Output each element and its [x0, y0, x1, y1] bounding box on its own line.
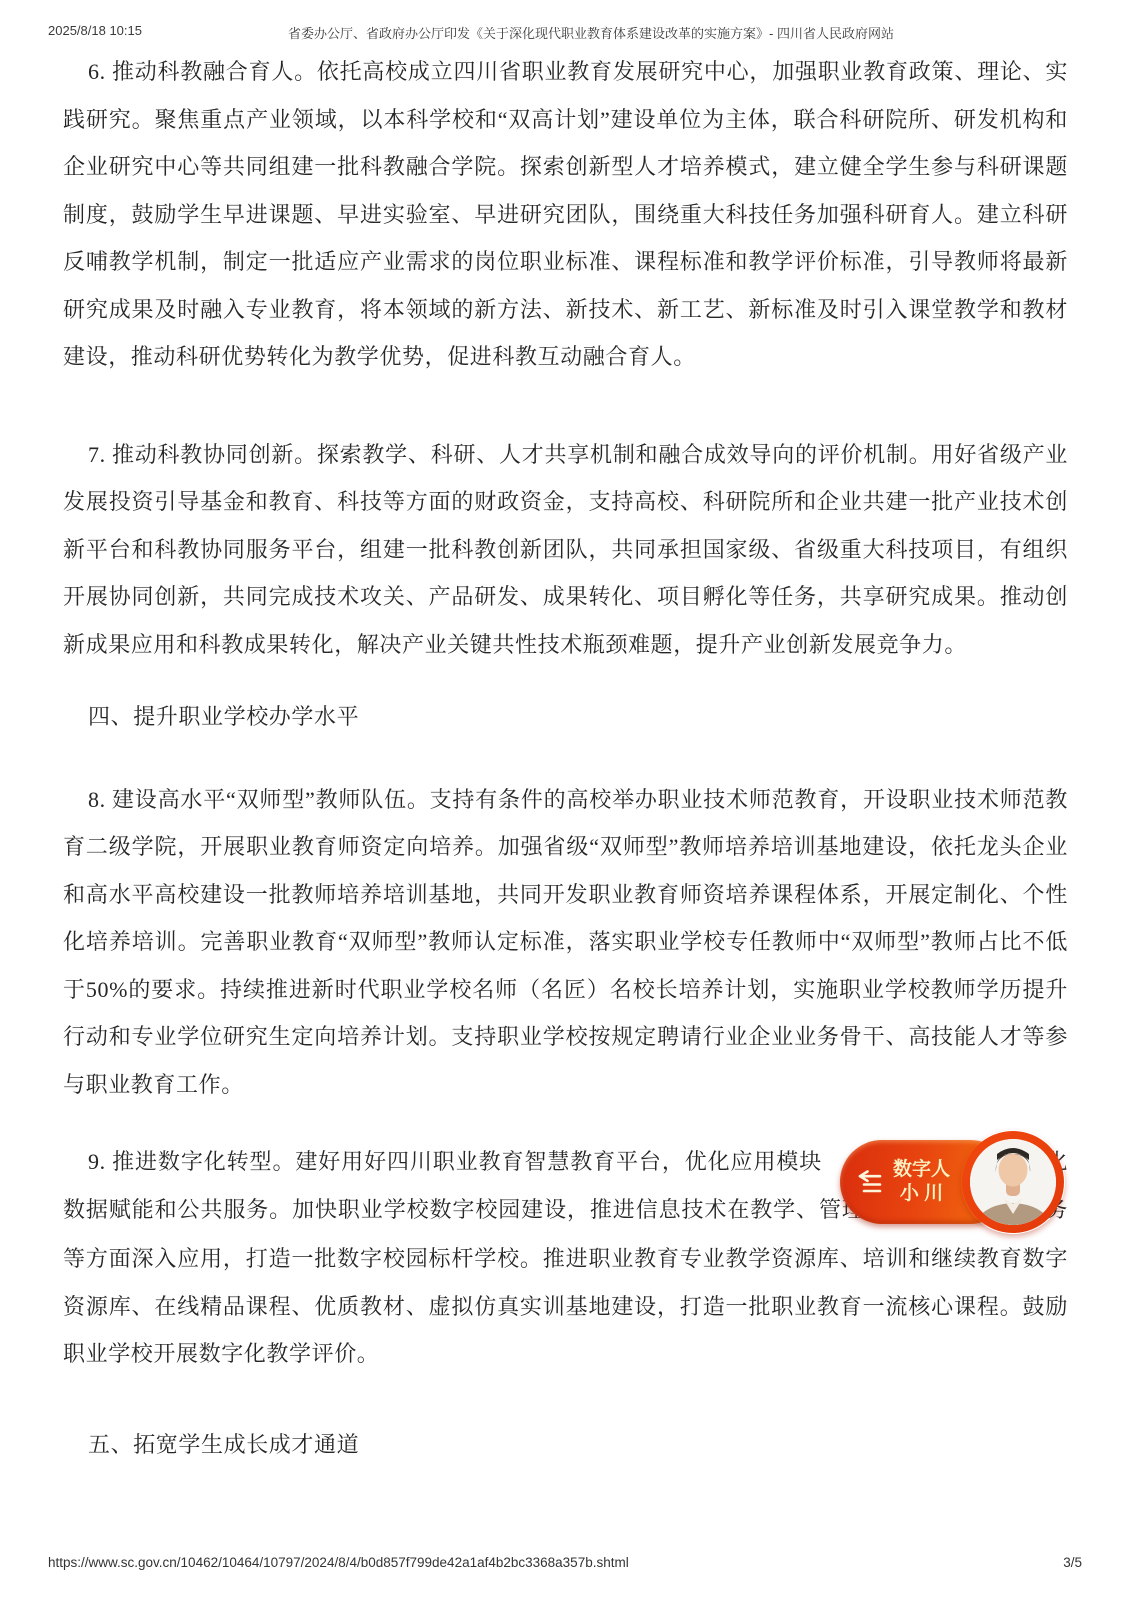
paragraph-6: 6. 推动科教融合育人。依托高校成立四川省职业教育发展研究中心，加强职业教育政策…: [63, 48, 1068, 381]
paragraph-9-lead: 9. 推进数字化转型。建好用好四川职业教育智慧教育平台，优化应用模块: [88, 1149, 822, 1174]
section-heading-5: 五、拓宽学生成长成才通道: [63, 1421, 1068, 1469]
collapse-left-arrow-icon: [857, 1169, 884, 1196]
digital-human-label-line1: 数字人: [893, 1158, 950, 1182]
print-header: 2025/8/18 10:15 省委办公厅、省政府办公厅印发《关于深化现代职业教…: [0, 20, 1130, 42]
page-title: 省委办公厅、省政府办公厅印发《关于深化现代职业教育体系建设改革的实施方案》- 四…: [288, 23, 894, 42]
source-url: https://www.sc.gov.cn/10462/10464/10797/…: [48, 1555, 629, 1570]
print-timestamp: 2025/8/18 10:15: [48, 23, 142, 38]
digital-human-label-line2: 小 川: [893, 1182, 950, 1206]
document-page: 2025/8/18 10:15 省委办公厅、省政府办公厅印发《关于深化现代职业教…: [0, 0, 1130, 1600]
digital-human-label: 数字人 小 川: [893, 1158, 950, 1206]
paragraph-8: 8. 建设高水平“双师型”教师队伍。支持有条件的高校举办职业技术师范教育，开设职…: [63, 776, 1068, 1109]
digital-human-widget[interactable]: 数字人 小 川: [840, 1130, 1065, 1234]
paragraph-7: 7. 推动科教协同创新。探索教学、科研、人才共享机制和融合成效导向的评价机制。用…: [63, 431, 1068, 669]
document-body: 6. 推动科教融合育人。依托高校成立四川省职业教育发展研究中心，加强职业教育政策…: [63, 48, 1068, 1468]
page-indicator: 3/5: [1063, 1555, 1082, 1570]
print-footer: https://www.sc.gov.cn/10462/10464/10797/…: [0, 1552, 1130, 1574]
section-heading-4: 四、提升职业学校办学水平: [63, 693, 1068, 741]
avatar: [961, 1130, 1065, 1234]
